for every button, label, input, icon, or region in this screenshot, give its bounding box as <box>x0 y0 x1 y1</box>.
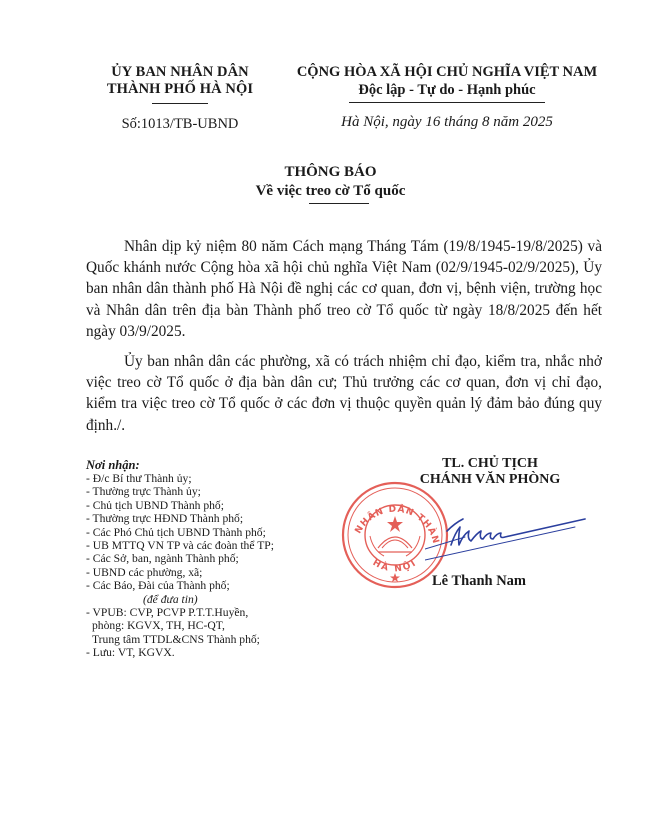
body-paragraph: Nhân dịp kỷ niệm 80 năm Cách mạng Tháng … <box>86 236 602 342</box>
recipient-note: (để đưa tin) <box>86 593 316 606</box>
recipient-item: - UB MTTQ VN TP và các đoàn thể TP; <box>86 539 316 552</box>
nation-name: CỘNG HÒA XÃ HỘI CHỦ NGHĨA VIỆT NAM <box>282 64 612 81</box>
place-date: Hà Nội, ngày 16 tháng 8 năm 2025 <box>282 114 612 131</box>
issuer-divider <box>152 103 208 104</box>
subject-divider <box>309 203 369 204</box>
recipients-title: Nơi nhận: <box>86 458 316 472</box>
recipient-archive: - Lưu: VT, KGVX. <box>86 646 316 659</box>
signer-name: Lê Thanh Nam <box>432 573 526 590</box>
issuer-line-1: ỦY BAN NHÂN DÂN <box>82 64 278 81</box>
document-type: THÔNG BÁO <box>0 163 661 182</box>
recipient-item: - Thường trực HĐND Thành phố; <box>86 512 316 525</box>
recipient-item-continuation: Trung tâm TTDL&CNS Thành phố; <box>86 633 316 646</box>
document-number: Số:1013/TB-UBND <box>82 116 278 133</box>
recipient-item: - Các Sở, ban, ngành Thành phố; <box>86 552 316 565</box>
motto-divider <box>349 102 545 103</box>
document-body: Nhân dịp kỷ niệm 80 năm Cách mạng Tháng … <box>86 236 602 445</box>
seal-text-bottom: HÀ NỘI <box>371 558 419 575</box>
recipient-item: - UBND các phường, xã; <box>86 566 316 579</box>
recipients-list: Nơi nhận: - Đ/c Bí thư Thành ủy; - Thườn… <box>86 458 316 660</box>
recipient-item-continuation: phòng: KGVX, TH, HC-QT, <box>86 619 316 632</box>
svg-text:HÀ NỘI: HÀ NỘI <box>371 558 419 575</box>
national-header: CỘNG HÒA XÃ HỘI CHỦ NGHĨA VIỆT NAM Độc l… <box>282 64 612 131</box>
document-subject: Về việc treo cờ Tổ quốc <box>0 182 661 201</box>
document-page: ỦY BAN NHÂN DÂN THÀNH PHỐ HÀ NỘI Số:1013… <box>0 0 661 815</box>
recipient-item: - Đ/c Bí thư Thành ủy; <box>86 472 316 485</box>
document-title-block: THÔNG BÁO Về việc treo cờ Tổ quốc <box>0 163 661 204</box>
issuer-block: ỦY BAN NHÂN DÂN THÀNH PHỐ HÀ NỘI Số:1013… <box>82 64 278 133</box>
signer-role-1: TL. CHỦ TỊCH <box>390 456 590 472</box>
national-motto: Độc lập - Tự do - Hạnh phúc <box>358 82 535 99</box>
body-paragraph: Ủy ban nhân dân các phường, xã có trách … <box>86 351 602 436</box>
recipient-item: - Các Báo, Đài của Thành phố; <box>86 579 316 592</box>
issuer-line-2: THÀNH PHỐ HÀ NỘI <box>82 81 278 98</box>
recipient-item: - Các Phó Chủ tịch UBND Thành phố; <box>86 526 316 539</box>
recipient-item: - Chủ tịch UBND Thành phố; <box>86 499 316 512</box>
recipient-item: - VPUB: CVP, PCVP P.T.T.Huyền, <box>86 606 316 619</box>
handwritten-signature-icon <box>425 505 605 575</box>
recipient-item: - Thường trực Thành ủy; <box>86 485 316 498</box>
